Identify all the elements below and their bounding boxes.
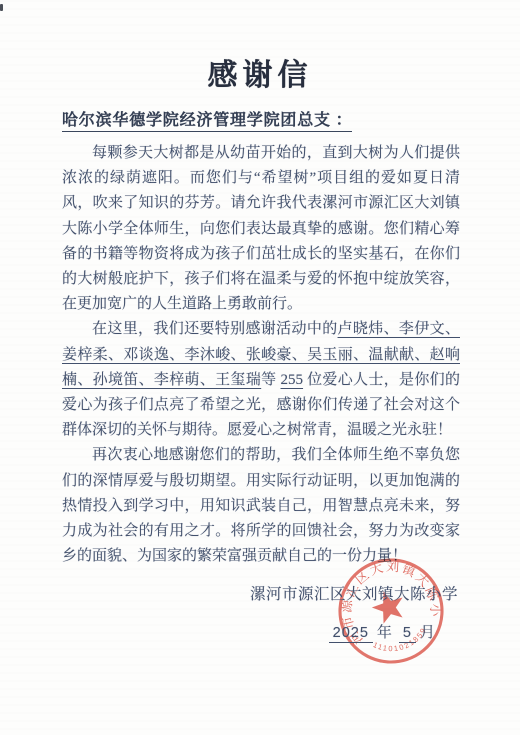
salutation-line: 哈尔滨华德学院经济管理学院团总支 ： [62, 107, 462, 132]
letter-page: 感谢信 哈尔滨华德学院经济管理学院团总支 ： 每颗参天大树都是从幼苗开始的，直到… [0, 0, 520, 735]
signature-school-name: 漯河市源汇区大刘镇大陈小学 [250, 586, 458, 603]
date-line: 2025年5月 [0, 621, 442, 643]
donor-count: 255 [281, 372, 304, 388]
salutation-text: 哈尔滨华德学院经济管理学院团总支 ： [62, 107, 352, 132]
paragraph-opening-text: 每颗参天大树都是从幼苗开始的，直到大树为人们提供浓浓的绿荫遮阳。而您们与“希望树… [62, 145, 460, 312]
letter-title: 感谢信 [0, 50, 520, 94]
acknowledgement-prefix: 在这里，我们还要特别感谢活动中的 [92, 321, 338, 337]
acknowledgement-mid: 等 [261, 372, 280, 388]
letter-body: 每颗参天大树都是从幼苗开始的，直到大树为人们提供浓浓的绿荫遮阳。而您们与“希望树… [62, 141, 460, 569]
date-month-label: 月 [420, 625, 436, 641]
scan-artifact-speck [0, 4, 3, 11]
official-seal: 漯河市源汇区大刘镇大陈小学 4111010218595 [306, 526, 476, 696]
date-year-label: 年 [377, 625, 393, 641]
date-year-value: 2025 [329, 625, 373, 643]
paragraph-acknowledgement: 在这里，我们还要特别感谢活动中的卢晓炜、李伊文、姜梓柔、邓谈逸、李沐峻、张峻豪、… [62, 317, 460, 443]
signature-line: 漯河市源汇区大刘镇大陈小学 [0, 582, 458, 604]
date-month-value: 5 [399, 625, 416, 643]
paragraph-opening: 每颗参天大树都是从幼苗开始的，直到大树为人们提供浓浓的绿荫遮阳。而您们与“希望树… [62, 141, 460, 317]
